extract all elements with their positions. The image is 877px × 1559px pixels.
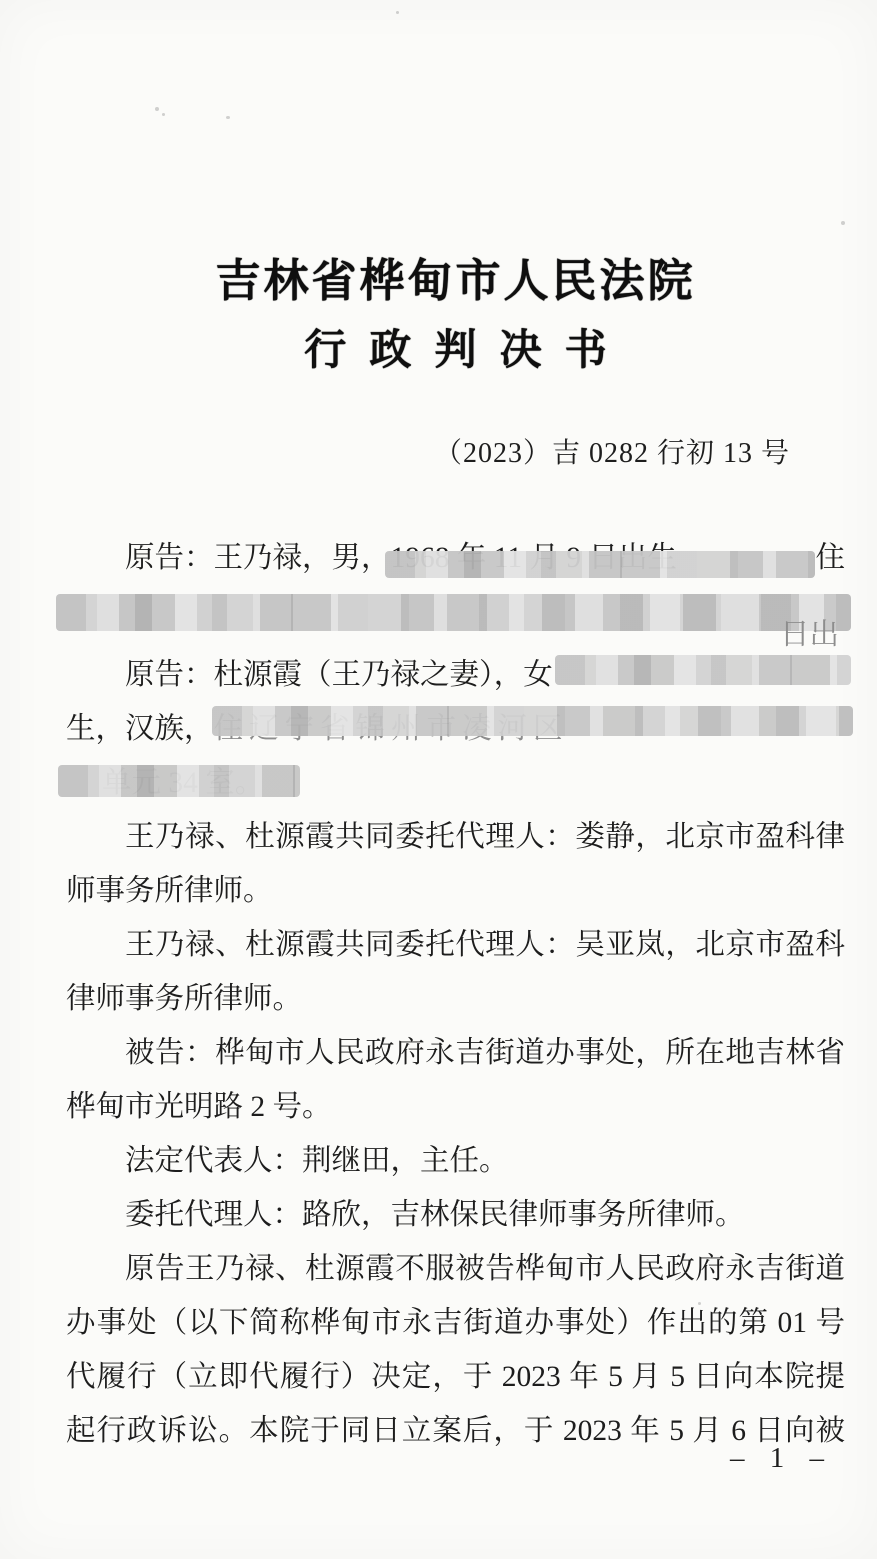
redaction-run: 住辽宁省锦州市凌河区 xyxy=(214,702,845,756)
redaction-band-full xyxy=(56,594,851,631)
redaction-band xyxy=(385,551,816,578)
paragraph-plaintiff-du-line2: 生，汉族， 住辽宁省锦州市凌河区 xyxy=(66,702,845,756)
case-number: （2023）吉 0282 行初 13 号 xyxy=(66,431,845,471)
paragraph-legal-representative: 法定代表人：荆继田，主任。 xyxy=(66,1134,845,1188)
paragraph-defendant-line2: 桦甸市光明路 2 号。 xyxy=(66,1080,845,1134)
ghost-text-fragment: 日出 xyxy=(780,608,839,662)
paragraph-case-intro-line2: 办事处（以下简称桦甸市永吉街道办事处）作出的第 01 号 xyxy=(66,1296,845,1350)
plaintiff-wang-tail: 住 xyxy=(815,531,845,585)
paragraph-plaintiff-wang-line2 xyxy=(66,594,845,648)
paragraph-defendant-agent: 委托代理人：路欣，吉林保民律师事务所律师。 xyxy=(66,1188,845,1242)
page-number: – 1 – xyxy=(730,1442,833,1475)
document-content: 吉林省桦甸市人民法院 行政判决书 （2023）吉 0282 行初 13 号 原告… xyxy=(66,0,845,1458)
paragraph-agent-wu-line1: 王乃禄、杜源霞共同委托代理人：吴亚岚，北京市盈科 xyxy=(66,918,845,972)
paragraph-plaintiff-du-line3: 单元 34 室。 xyxy=(66,756,845,810)
paragraph-agent-lou-line2: 师事务所律师。 xyxy=(66,864,845,918)
redaction-band xyxy=(58,765,300,797)
court-name-title: 吉林省桦甸市人民法院 xyxy=(66,244,845,309)
plaintiff-du-lead: 原告：杜源霞（王乃禄之妻），女 xyxy=(125,648,553,702)
redaction-band xyxy=(212,706,853,736)
judgment-body: 原告：王乃禄，男， 1968 年 11 月 9 日出生 住 原告：杜源霞（王乃禄… xyxy=(66,531,845,1458)
paragraph-case-intro-line3: 代履行（立即代履行）决定，于 2023 年 5 月 5 日向本院提 xyxy=(66,1350,845,1404)
paragraph-defendant-line1: 被告：桦甸市人民政府永吉街道办事处，所在地吉林省 xyxy=(66,1026,845,1080)
plaintiff-du-line2-lead: 生，汉族， xyxy=(66,702,214,756)
paragraph-plaintiff-du-line1: 原告：杜源霞（王乃禄之妻），女 日出 xyxy=(66,648,845,702)
paragraph-agent-wu-line2: 律师事务所律师。 xyxy=(66,972,845,1026)
document-type-title: 行政判决书 xyxy=(66,317,845,377)
plaintiff-wang-lead: 原告：王乃禄，男， xyxy=(125,531,391,585)
redaction-run: 日出 xyxy=(553,648,845,702)
paragraph-agent-lou-line1: 王乃禄、杜源霞共同委托代理人：娄静，北京市盈科律 xyxy=(66,810,845,864)
paragraph-case-intro-line1: 原告王乃禄、杜源霞不服被告桦甸市人民政府永吉街道 xyxy=(66,1242,845,1296)
plaintiff-wang-birthdate-covered: 1968 年 11 月 9 日出生 xyxy=(391,531,678,585)
scanned-judgment-page: 吉林省桦甸市人民法院 行政判决书 （2023）吉 0282 行初 13 号 原告… xyxy=(0,0,877,1559)
paragraph-case-intro-line4: 起行政诉讼。本院于同日立案后，于 2023 年 5 月 6 日向被 xyxy=(66,1404,845,1458)
redaction-band xyxy=(555,655,851,685)
paragraph-plaintiff-wang-line1: 原告：王乃禄，男， 1968 年 11 月 9 日出生 住 xyxy=(66,531,845,585)
